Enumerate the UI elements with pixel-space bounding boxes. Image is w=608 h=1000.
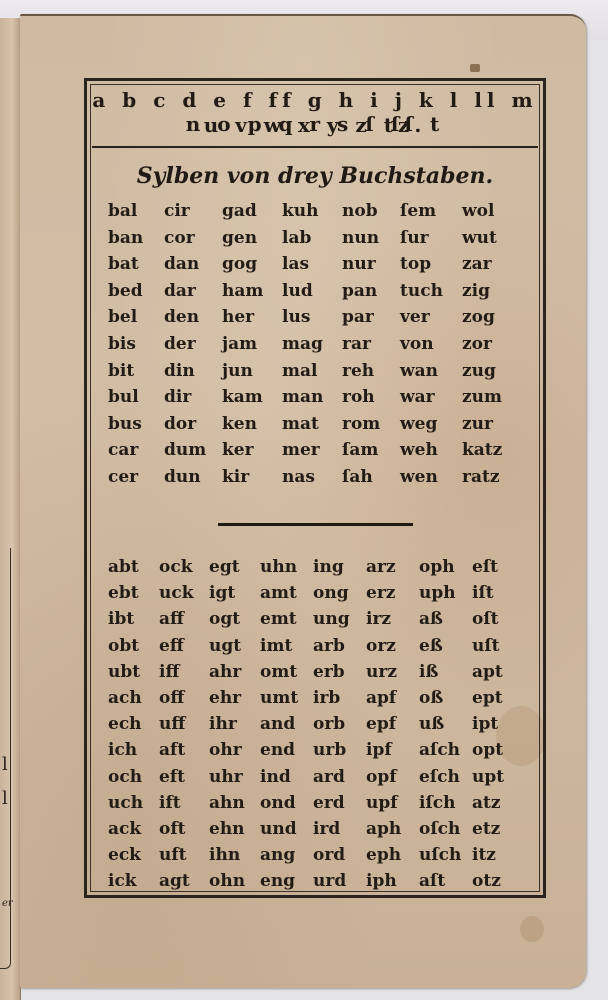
syllable-cell: aſch: [419, 740, 460, 760]
syllable-cell: ham: [222, 281, 263, 301]
syllable-cell: ing: [313, 557, 344, 577]
syllable-cell: eck: [108, 845, 141, 865]
syllable-cell: dor: [164, 414, 196, 434]
syllable-cell: ong: [313, 583, 349, 603]
syllable-cell: bed: [108, 281, 143, 301]
syllable-cell: gad: [222, 201, 257, 221]
syllable-cell: uſt: [472, 636, 500, 656]
syllable-cell: dir: [164, 387, 191, 407]
left-page-text: l: [2, 754, 8, 775]
syllable-cell: obt: [108, 636, 139, 656]
syllable-cell: urd: [313, 871, 346, 891]
syllable-cell: ſam: [342, 440, 378, 460]
syllable-cell: omt: [260, 662, 297, 682]
syllable-cell: bel: [108, 307, 137, 327]
syllable-cell: katz: [462, 440, 502, 460]
syllable-cell: upt: [472, 767, 504, 787]
syllable-cell: egt: [209, 557, 240, 577]
syllable-cell: ſem: [400, 201, 436, 221]
syllable-cell: off: [159, 688, 184, 708]
syllable-cell: erd: [313, 793, 345, 813]
syllable-cell: nas: [282, 467, 315, 487]
syllable-cell: ipt: [472, 714, 498, 734]
syllable-cell: gen: [222, 228, 257, 248]
syllable-cell: ard: [313, 767, 345, 787]
syllable-cell: oph: [419, 557, 455, 577]
syllable-cell: cir: [164, 201, 190, 221]
syllable-cell: eft: [159, 767, 185, 787]
syllable-cell: oſt: [472, 609, 499, 629]
syllable-cell: oß: [419, 688, 443, 708]
syllable-cell: dun: [164, 467, 201, 487]
syllable-cell: wen: [400, 467, 438, 487]
syllable-cell: ahr: [209, 662, 241, 682]
syllable-cell: bal: [108, 201, 137, 221]
syllable-cell: iff: [159, 662, 179, 682]
syllable-cell: ſur: [400, 228, 429, 248]
syllable-cell: aft: [159, 740, 185, 760]
syllable-cell: oft: [159, 819, 186, 839]
syllable-cell: amt: [260, 583, 297, 603]
section-divider: [218, 523, 413, 526]
syllable-cell: par: [342, 307, 374, 327]
syllable-cell: ban: [108, 228, 143, 248]
syllable-cell: eß: [419, 636, 443, 656]
syllable-cell: ech: [108, 714, 142, 734]
syllable-cell: ugt: [209, 636, 241, 656]
syllable-cell: gog: [222, 254, 257, 274]
syllable-cell: arz: [366, 557, 396, 577]
syllable-cell: mag: [282, 334, 323, 354]
paper-stain: [470, 64, 480, 72]
syllable-cell: uff: [159, 714, 185, 734]
syllable-cell: car: [108, 440, 138, 460]
syllable-cell: itz: [472, 845, 496, 865]
syllable-cell: iſch: [419, 793, 455, 813]
syllable-cell: bus: [108, 414, 142, 434]
syllable-cell: zor: [462, 334, 492, 354]
syllable-cell: ond: [260, 793, 296, 813]
syllable-cell: opt: [472, 740, 503, 760]
syllable-cell: jun: [222, 361, 253, 381]
syllable-cell: mer: [282, 440, 320, 460]
syllable-cell: uſch: [419, 845, 461, 865]
syllable-cell: uft: [159, 845, 187, 865]
syllable-cell: ich: [108, 740, 137, 760]
syllable-cell: abt: [108, 557, 139, 577]
syllable-cell: ver: [400, 307, 430, 327]
syllable-cell: etz: [472, 819, 500, 839]
syllable-cell: kir: [222, 467, 249, 487]
syllable-cell: zig: [462, 281, 490, 301]
syllable-cell: zar: [462, 254, 492, 274]
syllable-cell: ift: [159, 793, 181, 813]
syllable-cell: otz: [472, 871, 501, 891]
syllable-cell: cor: [164, 228, 195, 248]
syllable-cell: zum: [462, 387, 502, 407]
syllable-cell: war: [400, 387, 435, 407]
syllable-cell: dar: [164, 281, 196, 301]
syllable-cell: erb: [313, 662, 345, 682]
syllable-cell: mal: [282, 361, 317, 381]
syllable-cell: ind: [260, 767, 291, 787]
syllable-cell: iß: [419, 662, 438, 682]
syllable-cell: tuch: [400, 281, 443, 301]
syllable-cell: ick: [108, 871, 137, 891]
syllable-cell: oſch: [419, 819, 460, 839]
syllable-cell: roh: [342, 387, 375, 407]
syllable-cell: las: [282, 254, 309, 274]
syllable-cell: reh: [342, 361, 374, 381]
syllable-cell: urb: [313, 740, 346, 760]
syllable-cell: top: [400, 254, 431, 274]
syllable-cell: ohn: [209, 871, 245, 891]
syllable-cell: upf: [366, 793, 398, 813]
syllable-cell: zug: [462, 361, 496, 381]
syllable-cell: ubt: [108, 662, 140, 682]
syllable-cell: dan: [164, 254, 199, 274]
syllable-cell: eſt: [472, 557, 498, 577]
syllable-cell: nob: [342, 201, 378, 221]
syllable-cell: der: [164, 334, 196, 354]
syllable-cell: rar: [342, 334, 371, 354]
syllable-cell: ken: [222, 414, 257, 434]
syllable-cell: igt: [209, 583, 235, 603]
syllable-cell: bis: [108, 334, 136, 354]
syllable-cell: rom: [342, 414, 380, 434]
syllable-cell: erz: [366, 583, 395, 603]
syllable-cell: din: [164, 361, 195, 381]
syllable-cell: emt: [260, 609, 297, 629]
syllable-cell: bit: [108, 361, 134, 381]
syllable-cell: nur: [342, 254, 376, 274]
syllable-cell: wan: [400, 361, 438, 381]
syllable-cell: ehn: [209, 819, 245, 839]
syllable-cell: ach: [108, 688, 142, 708]
syllable-cell: weg: [400, 414, 437, 434]
syllable-cell: ack: [108, 819, 141, 839]
syllable-cell: ker: [222, 440, 254, 460]
syllable-cell: nun: [342, 228, 379, 248]
syllable-cell: ipf: [366, 740, 392, 760]
section-title: Sylben von drey Buchstaben.: [90, 163, 540, 189]
syllable-cell: ſah: [342, 467, 373, 487]
syllable-cell: irb: [313, 688, 340, 708]
syllable-cell: eſch: [419, 767, 460, 787]
syllable-cell: kuh: [282, 201, 319, 221]
horizontal-rule: [92, 146, 538, 148]
syllable-cell: opf: [366, 767, 397, 787]
syllable-cell: umt: [260, 688, 298, 708]
syllable-cell: eng: [260, 871, 295, 891]
syllable-cell: uhr: [209, 767, 243, 787]
syllable-cell: apf: [366, 688, 396, 708]
syllable-cell: ihn: [209, 845, 240, 865]
left-page-text: er: [2, 898, 13, 909]
syllable-cell: uß: [419, 714, 444, 734]
syllable-cell: orz: [366, 636, 396, 656]
syllable-cell: kam: [222, 387, 263, 407]
syllable-cell: dum: [164, 440, 206, 460]
syllable-cell: end: [260, 740, 295, 760]
syllable-cell: uch: [108, 793, 143, 813]
syllable-cell: arb: [313, 636, 345, 656]
syllable-cell: ung: [313, 609, 350, 629]
syllable-cell: ept: [472, 688, 503, 708]
syllable-cell: apt: [472, 662, 503, 682]
syllable-cell: ebt: [108, 583, 139, 603]
syllable-cell: uph: [419, 583, 456, 603]
syllable-cell: ahn: [209, 793, 245, 813]
syllable-cell: uhn: [260, 557, 297, 577]
syllable-cell: epf: [366, 714, 396, 734]
syllable-cell: und: [260, 819, 297, 839]
syllable-cell: bul: [108, 387, 139, 407]
alphabet-line-2: u v w x y z tz.: [90, 113, 540, 137]
syllable-cell: orb: [313, 714, 345, 734]
syllable-cell: cer: [108, 467, 138, 487]
syllable-cell: pan: [342, 281, 377, 301]
syllable-cell: ihr: [209, 714, 237, 734]
syllable-cell: iph: [366, 871, 397, 891]
syllable-cell: ogt: [209, 609, 240, 629]
syllable-cell: eff: [159, 636, 184, 656]
syllable-cell: ratz: [462, 467, 499, 487]
syllable-cell: aß: [419, 609, 443, 629]
syllable-cell: den: [164, 307, 199, 327]
syllable-cell: lab: [282, 228, 311, 248]
syllable-cell: ibt: [108, 609, 134, 629]
syllable-cell: aſt: [419, 871, 445, 891]
syllable-cell: and: [260, 714, 295, 734]
syllable-cell: wut: [462, 228, 497, 248]
syllable-cell: irz: [366, 609, 391, 629]
syllable-cell: ohr: [209, 740, 242, 760]
syllable-cell: lus: [282, 307, 310, 327]
syllable-cell: urz: [366, 662, 397, 682]
syllable-cell: imt: [260, 636, 292, 656]
syllable-cell: weh: [400, 440, 438, 460]
syllable-cell: zog: [462, 307, 495, 327]
syllable-cell: uck: [159, 583, 194, 603]
left-page-edge: l l er: [0, 18, 21, 1000]
syllable-cell: wol: [462, 201, 494, 221]
syllable-cell: von: [400, 334, 434, 354]
syllable-cell: aff: [159, 609, 184, 629]
syllable-cell: her: [222, 307, 254, 327]
left-page-text: l: [2, 788, 8, 809]
syllable-cell: aph: [366, 819, 401, 839]
syllable-cell: ang: [260, 845, 295, 865]
syllable-cell: mat: [282, 414, 319, 434]
syllable-cell: ird: [313, 819, 340, 839]
syllable-cell: atz: [472, 793, 501, 813]
syllable-cell: agt: [159, 871, 190, 891]
syllable-cell: ord: [313, 845, 345, 865]
syllable-cell: man: [282, 387, 323, 407]
syllable-cell: zur: [462, 414, 493, 434]
syllable-cell: ock: [159, 557, 192, 577]
syllable-cell: jam: [222, 334, 257, 354]
paper-stain: [520, 916, 544, 942]
syllable-cell: ehr: [209, 688, 241, 708]
syllable-cell: eph: [366, 845, 401, 865]
syllable-cell: lud: [282, 281, 313, 301]
syllable-cell: bat: [108, 254, 139, 274]
syllable-cell: iſt: [472, 583, 494, 603]
syllable-cell: och: [108, 767, 142, 787]
